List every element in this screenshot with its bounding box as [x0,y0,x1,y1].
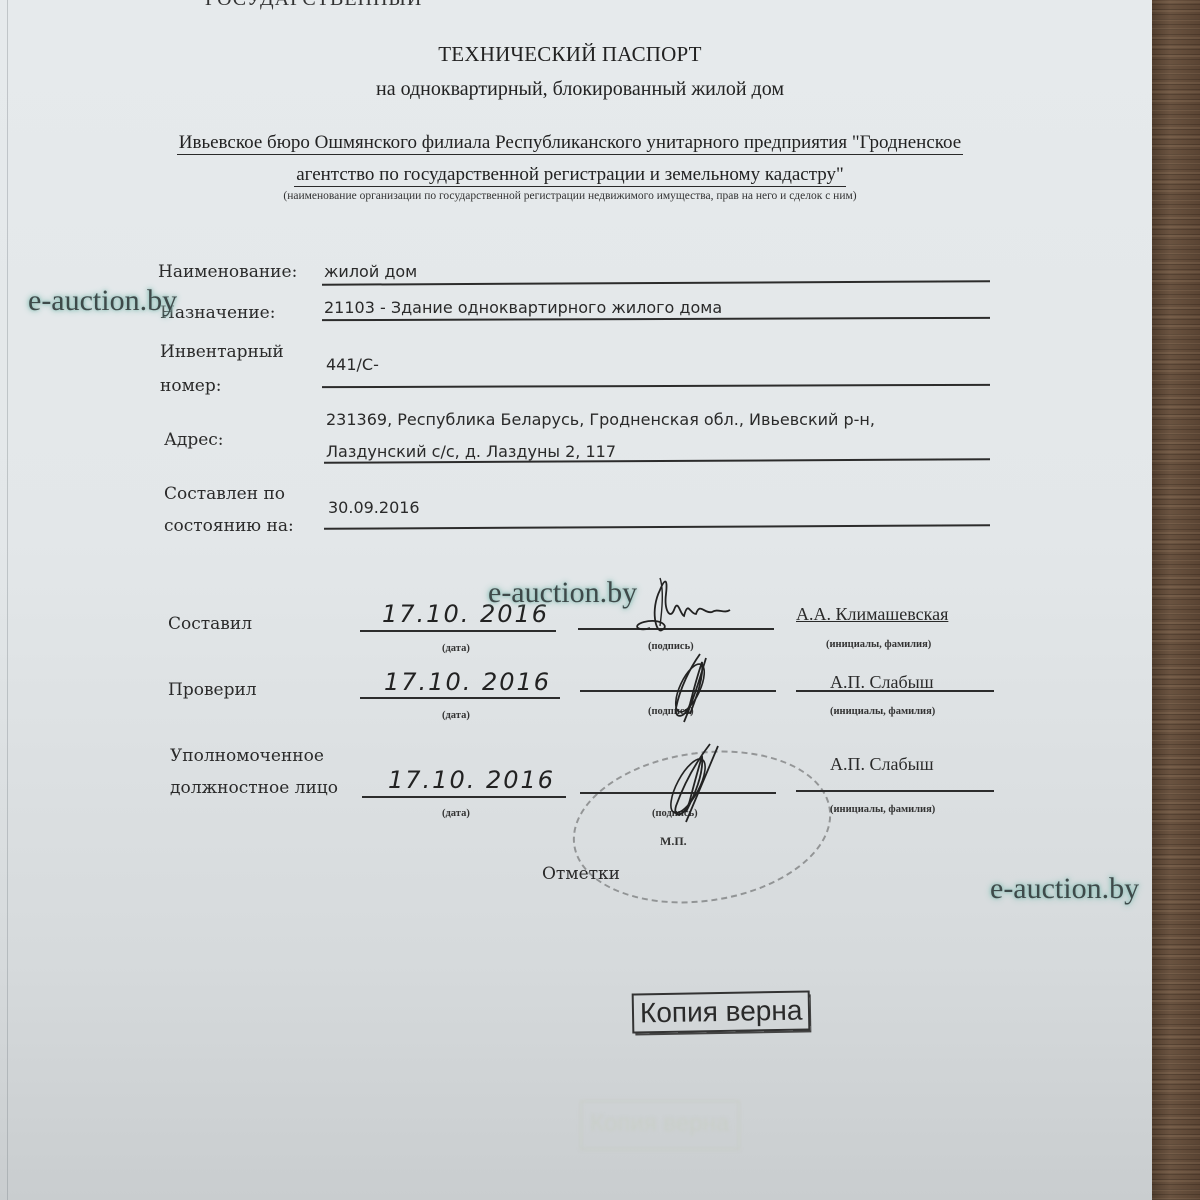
compiled-date-caption: (дата) [442,643,470,654]
notes-label: Отметки [542,864,620,884]
authorized-date-caption: (дата) [442,808,470,819]
organization-caption: (наименование организации по государстве… [0,190,1140,202]
bleed-through-stamp: Копия верна [580,1100,740,1150]
field-as-of-label-2: состоянию на: [164,516,294,536]
field-name-label: Наименование: [158,262,297,282]
field-address-label: Адрес: [164,430,224,450]
organization-line-2: агентство по государственной регистрации… [0,164,1140,186]
compiled-signature-icon [620,570,770,640]
organization-line-1-text: Ивьевское бюро Ошмянского филиала Респуб… [177,132,963,155]
authorized-label-2: должностное лицо [170,778,338,798]
wood-table-background [1150,0,1200,1200]
field-purpose-underline [322,317,990,321]
clipped-header-text: ГОСУДАРСТВЕННЫЙ [205,0,422,11]
field-inventory-value: 441/С- [326,355,379,374]
checked-date-caption: (дата) [442,710,470,721]
authorized-name-caption: (инициалы, фамилия) [830,804,935,815]
compiled-name: А.А. Климашевская [796,604,948,625]
organization-line-1: Ивьевское бюро Ошмянского филиала Респуб… [0,132,1140,154]
checked-signature-icon [650,648,730,728]
field-as-of-value: 30.09.2016 [328,498,420,517]
field-inventory-underline [322,384,990,388]
field-inventory-label-2: номер: [160,376,221,396]
compiled-label: Составил [168,614,252,634]
authorized-date: 17.10. 2016 [388,766,555,794]
seal-label: М.П. [660,834,687,849]
checked-date-line [360,697,560,699]
authorized-name-line [796,790,994,792]
checked-label: Проверил [168,680,257,700]
organization-line-2-text: агентство по государственной регистрации… [294,164,846,187]
field-as-of-label-1: Составлен по [164,484,285,504]
checked-date: 17.10. 2016 [384,668,551,696]
watermark-left: e-auction.by [28,284,177,318]
compiled-date-line [360,630,556,632]
compiled-name-caption: (инициалы, фамилия) [826,639,931,650]
field-purpose-value: 21103 - Здание одноквартирного жилого до… [324,298,722,317]
document-title: ТЕХНИЧЕСКИЙ ПАСПОРТ [0,42,1140,67]
field-address-value-1: 231369, Республика Беларусь, Гродненская… [326,410,875,429]
field-purpose-label: Назначение: [160,303,275,323]
watermark-center: e-auction.by [488,576,637,610]
copy-certified-stamp: Копия верна [632,990,811,1033]
checked-name-line [796,690,994,692]
authorized-signature-icon [640,740,730,830]
authorized-date-line [362,796,566,798]
field-name-underline [322,280,990,285]
watermark-right: e-auction.by [990,872,1139,906]
authorized-label-1: Уполномоченное [170,746,324,766]
field-address-value-2: Лаздунский с/с, д. Лаздуны 2, 117 [326,442,616,461]
field-as-of-underline [324,524,990,529]
authorized-name: А.П. Слабыш [830,754,934,775]
document-subtitle: на одноквартирный, блокированный жилой д… [0,78,1152,101]
field-name-value: жилой дом [324,262,417,281]
document-page: ГОСУДАРСТВЕННЫЙ ТЕХНИЧЕСКИЙ ПАСПОРТ на о… [0,0,1152,1200]
field-inventory-label-1: Инвентарный [160,342,284,362]
checked-name-caption: (инициалы, фамилия) [830,706,935,717]
